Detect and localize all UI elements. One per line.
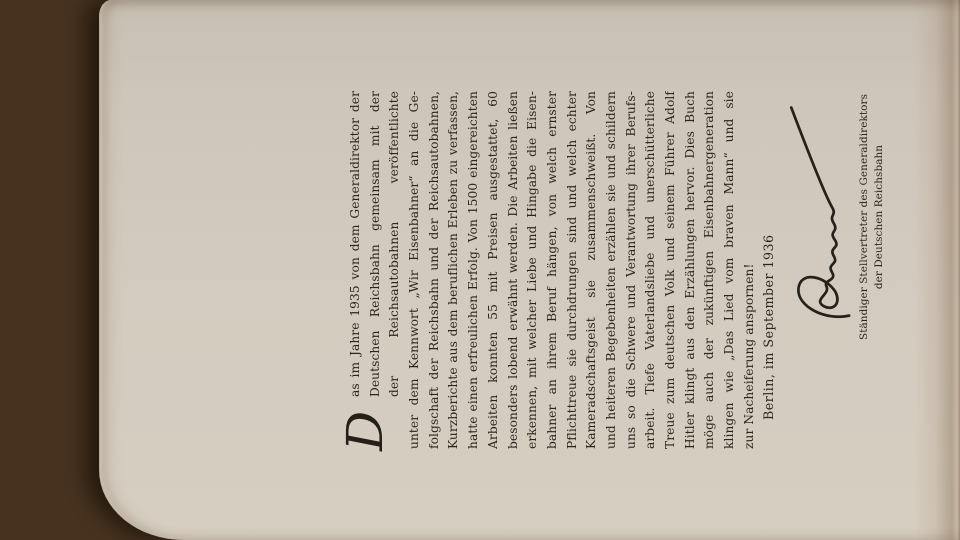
signature-caption-line-2: der Deutschen Reichsbahn (872, 91, 887, 343)
signature-caption: Ständiger Stellvertreter des Generaldire… (857, 91, 887, 343)
preface-text-block: D as im Jahre 1935 von dem Generaldirekt… (346, 91, 921, 449)
signature-scrawl-icon (784, 91, 860, 343)
preface-line: erkennen, mit welcher Liebe und Hingabe … (523, 91, 543, 449)
preface-line: Deutschen Reichsbahn gemeinsam mit der D… (366, 91, 386, 397)
dateline: Berlin, im September 1936 (759, 91, 779, 420)
preface-line: folgschaft der Reichsbahn und der Reichs… (425, 91, 445, 449)
page-gutter-shadow (915, 0, 960, 540)
book-photo: D as im Jahre 1935 von dem Generaldirekt… (0, 0, 960, 540)
preface-line: unter dem Kennwort „Wir Eisenbahner“ an … (405, 91, 425, 449)
preface-line: Hitler klingt aus den Erzählungen hervor… (681, 91, 701, 449)
signature-block: Ständiger Stellvertreter des Generaldire… (784, 91, 887, 343)
preface-line: Kameradschaftsgeist sie zusammenschweißt… (582, 91, 602, 449)
preface-line: hatte einen erfreulichen Erfolg. Von 150… (464, 91, 484, 449)
preface-line: Arbeiten konnten 55 mit Preisen ausgesta… (484, 91, 504, 449)
preface-line: arbeit. Tiefe Vaterlandsliebe und unersc… (641, 91, 661, 449)
preface-line: Treue zum deutschen Volk und seinem Führ… (661, 91, 681, 449)
preface-line: und heiteren Begebenheiten erzählen sie … (602, 91, 622, 449)
drop-cap-letter: D (346, 397, 387, 449)
preface-line: klingen wie „Das Lied vom braven Mann“ u… (720, 91, 740, 449)
preface-line: der Reichsautobahnen veröffentlichte Pre… (385, 91, 405, 397)
preface-line: as im Jahre 1935 von dem Generaldirektor… (346, 91, 366, 397)
preface-line: zur Nacheiferung anspornen! (740, 91, 760, 449)
preface-line: Pflichttreue sie durchdrungen sind und w… (563, 91, 583, 449)
preface-paragraph: D as im Jahre 1935 von dem Generaldirekt… (346, 91, 759, 449)
preface-line: möge auch der zukünftigen Eisenbahnergen… (700, 91, 720, 449)
preface-line: uns so die Schwere und Verantwortung ihr… (622, 91, 642, 449)
preface-line: Kurzberichte aus dem beruflichen Erleben… (444, 91, 464, 449)
preface-line: bahner an ihrem Beruf hängen, von welch … (543, 91, 563, 449)
book-page: D as im Jahre 1935 von dem Generaldirekt… (99, 0, 960, 540)
preface-line: besonders lobend erwähnt werden. Die Arb… (504, 91, 524, 449)
signature-caption-line-1: Ständiger Stellvertreter des Generaldire… (857, 91, 872, 343)
